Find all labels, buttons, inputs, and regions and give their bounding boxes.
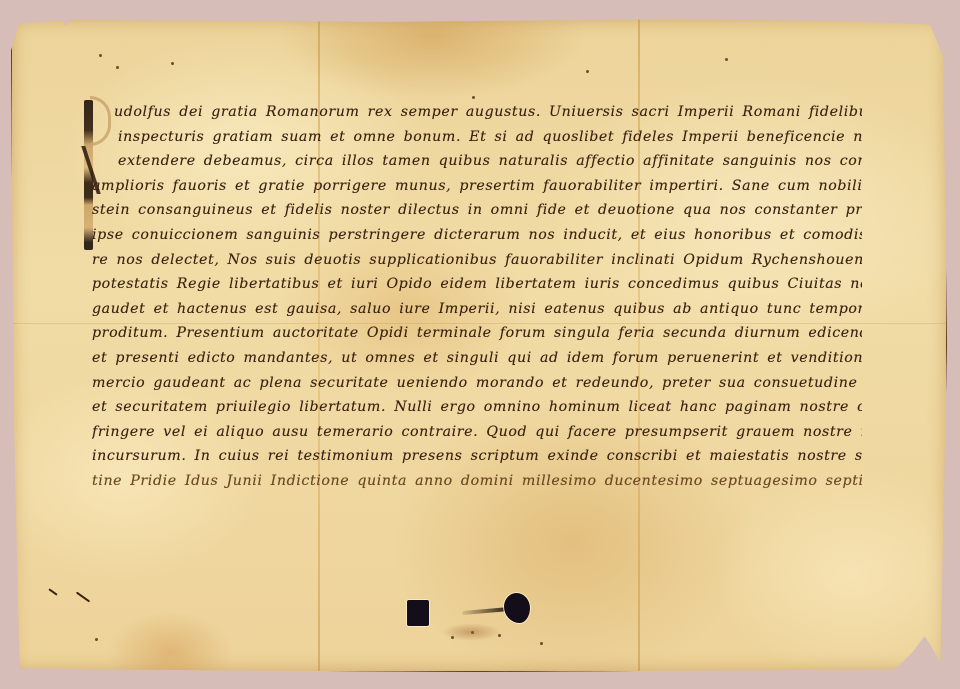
text-line-5: stein consanguineus et fidelis noster di… xyxy=(92,198,862,223)
ink-mark xyxy=(48,588,57,595)
text-line-14: fringere vel ei aliquo ausu temerario co… xyxy=(92,420,862,445)
seal-slit-left xyxy=(407,600,429,626)
speck xyxy=(116,66,119,69)
ink-mark xyxy=(76,592,90,603)
text-line-3: extendere debeamus, circa illos tamen qu… xyxy=(92,149,862,174)
speck xyxy=(99,54,102,57)
speck xyxy=(725,58,728,61)
text-line-10: proditum. Presentium auctoritate Opidi t… xyxy=(92,321,862,346)
text-line-4: amplioris fauoris et gratie porrigere mu… xyxy=(92,174,862,199)
text-line-9: gaudet et hactenus est gauisa, saluo iur… xyxy=(92,297,862,322)
text-line-16: tine Pridie Idus Junii Indictione quinta… xyxy=(92,469,862,494)
text-line-13: et securitatem priuilegio libertatum. Nu… xyxy=(92,395,862,420)
speck xyxy=(540,642,543,645)
text-line-2: inspecturis gratiam suam et omne bonum. … xyxy=(92,125,862,150)
text-line-12: mercio gaudeant ac plena securitate ueni… xyxy=(92,371,862,396)
text-line-6: ipse conuiccionem sanguinis perstringere… xyxy=(92,223,862,248)
text-line-8: potestatis Regie libertatibus et iuri Op… xyxy=(92,272,862,297)
seal-stain xyxy=(441,623,501,641)
charter-text: udolfus dei gratia Romanorum rex semper … xyxy=(92,100,862,494)
text-line-7: re nos delectet, Nos suis deuotis suppli… xyxy=(92,248,862,273)
text-line-11: et presenti edicto mandantes, ut omnes e… xyxy=(92,346,862,371)
text-line-1: udolfus dei gratia Romanorum rex semper … xyxy=(92,100,862,125)
speck xyxy=(586,70,589,73)
text-line-15: incursurum. In cuius rei testimonium pre… xyxy=(92,444,862,469)
speck xyxy=(95,638,98,641)
image-frame: udolfus dei gratia Romanorum rex semper … xyxy=(0,0,960,689)
speck xyxy=(171,62,174,65)
speck xyxy=(472,96,475,99)
